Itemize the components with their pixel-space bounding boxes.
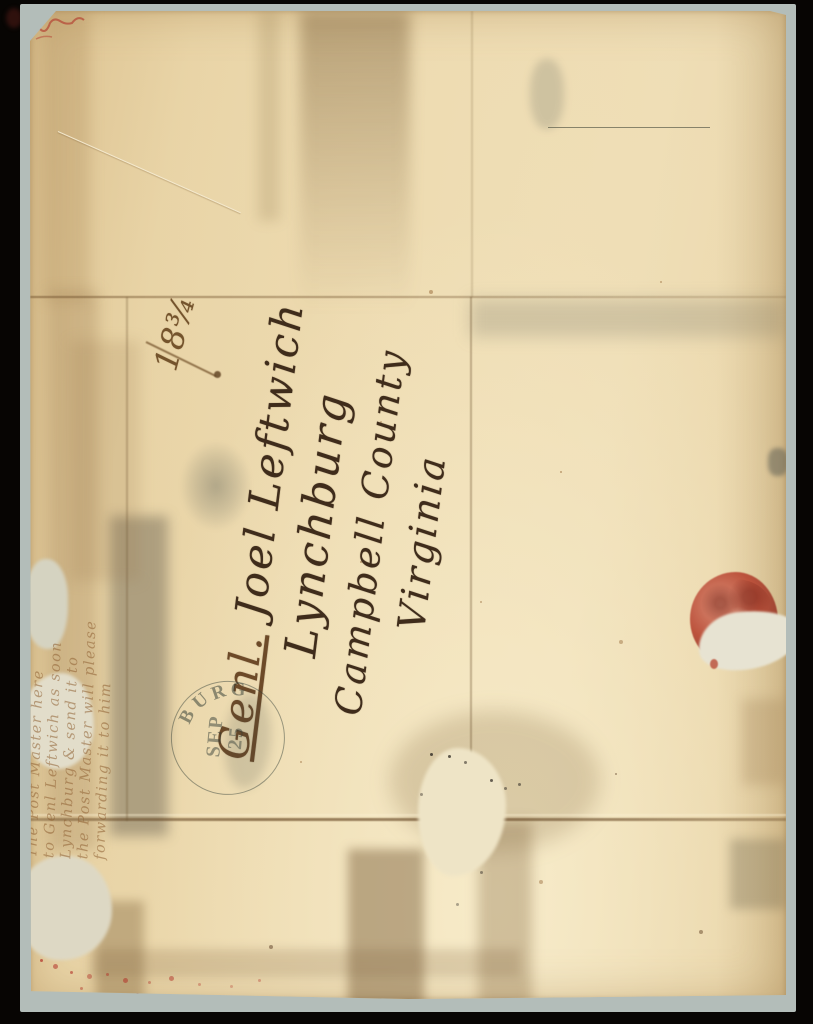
- letter-paper: 18¾ Genl. Joel Leftwich Lynchburg Campbe…: [30, 11, 786, 999]
- stain-bottom-band: [90, 949, 520, 977]
- torn-patch-left-3: [18, 856, 112, 960]
- stain-top-band-2: [258, 11, 280, 221]
- crease-top-left: [58, 131, 241, 213]
- horizontal-fold-line-upper: [30, 296, 786, 298]
- photo-background: 18¾ Genl. Joel Leftwich Lynchburg Campbe…: [0, 0, 813, 1024]
- horizontal-fold-line-lower: [30, 818, 786, 821]
- address-line-state: Virginia: [389, 452, 454, 633]
- marginal-forwarding-note: The Post Master here to Genl Leftwich as…: [24, 298, 135, 861]
- circular-postmark: B U R G SEP 25: [164, 672, 294, 802]
- vertical-fold-line-center-top: [471, 11, 473, 297]
- smudge-top-right: [530, 59, 564, 129]
- pencil-line-top-right: [548, 127, 710, 128]
- stain-bottom-mid: [478, 821, 532, 1009]
- rate-mark-ink-blot: [214, 371, 221, 378]
- stain-top-band: [300, 11, 410, 311]
- postal-rate-mark: 18¾: [147, 288, 218, 379]
- stain-bottom-center: [348, 849, 424, 1009]
- red-annotation-bottom-left: [40, 959, 43, 962]
- right-edge-shading: [716, 11, 786, 999]
- horizontal-fold-highlight-lower: [30, 814, 786, 816]
- stain-left-top: [44, 11, 90, 301]
